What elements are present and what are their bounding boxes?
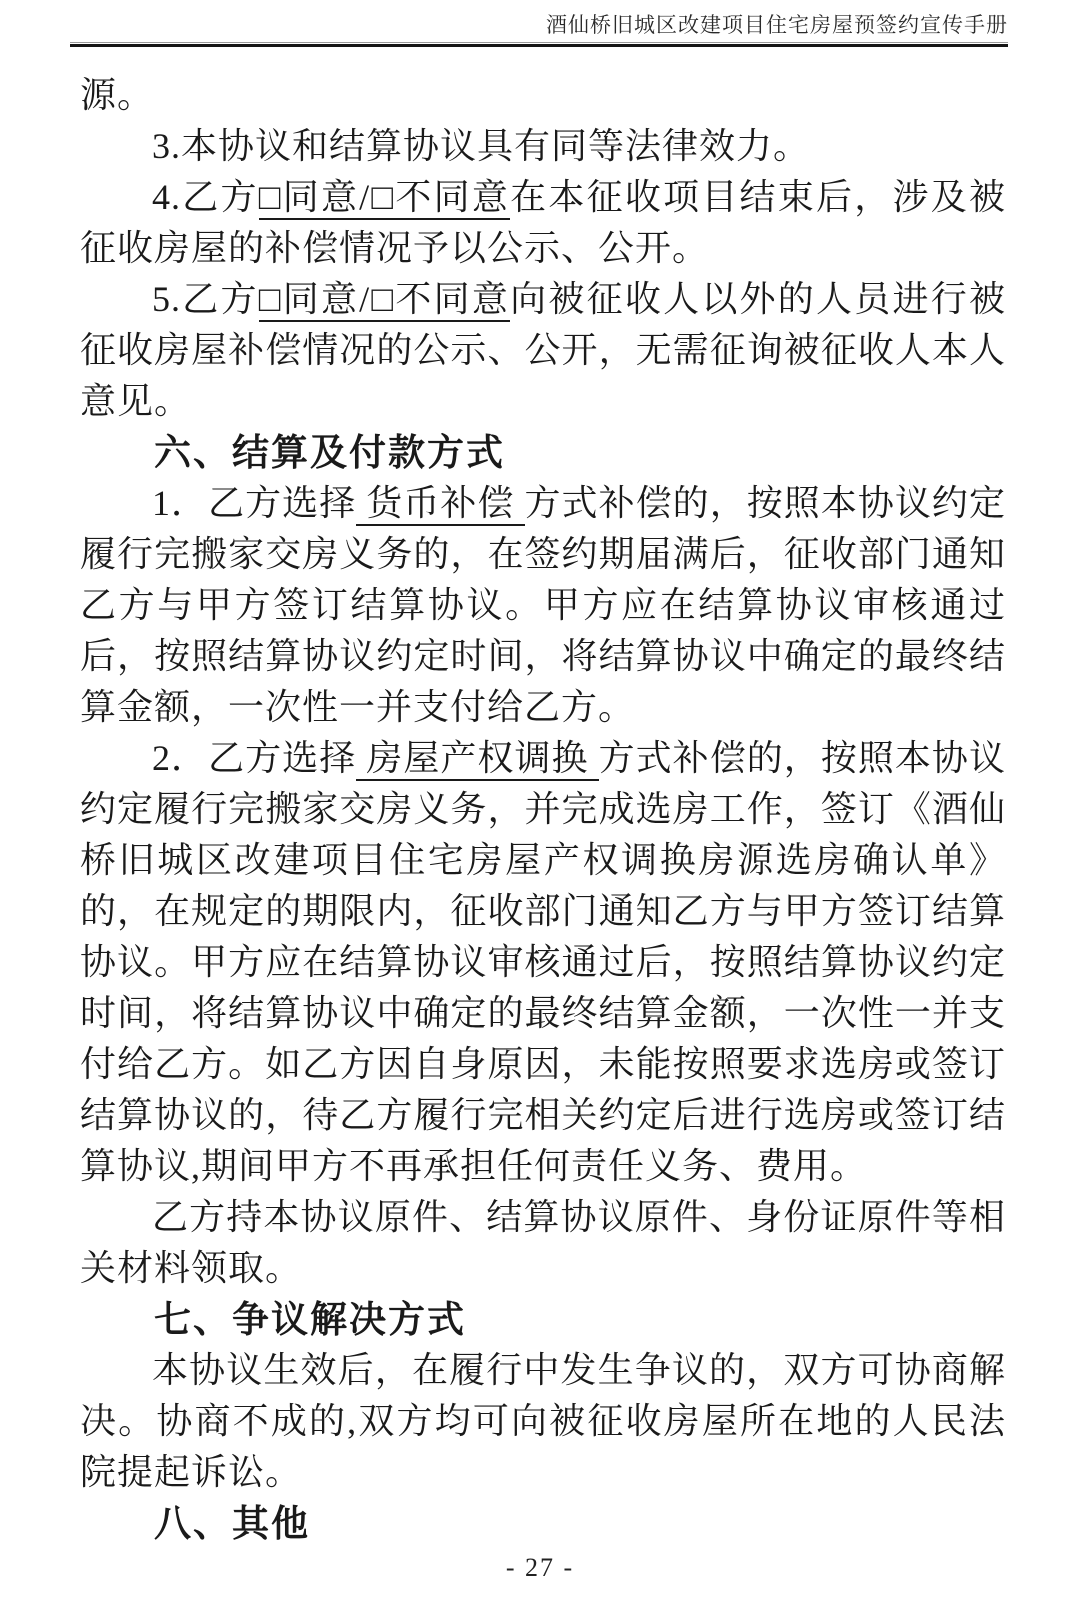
- paragraph: 3.本协议和结算协议具有同等法律效力。: [80, 121, 1006, 172]
- page-header: 酒仙桥旧城区改建项目住宅房屋预签约宣传手册: [70, 12, 1008, 47]
- paragraph: 4.乙方□同意/□不同意在本征收项目结束后，涉及被征收房屋的补偿情况予以公示、公…: [80, 172, 1006, 274]
- text-segment: 本协议生效后，在履行中发生争议的，双方可协商解决。协商不成的,双方均可向被征收房…: [80, 1350, 1006, 1492]
- header-rule: [70, 42, 1008, 47]
- text-segment: 方式补偿的，按照本协议约定履行完搬家交房义务，并完成选房工作，签订《酒仙桥旧城区…: [80, 738, 1006, 1186]
- text-segment: 3.本协议和结算协议具有同等法律效力。: [152, 126, 810, 166]
- paragraph: 1．乙方选择 货币补偿 方式补偿的，按照本协议约定履行完搬家交房义务的，在签约期…: [80, 478, 1006, 733]
- text-segment: 七、争议解决方式: [154, 1299, 466, 1340]
- page-footer: - 27 -: [0, 1553, 1080, 1583]
- text-segment: 源。: [80, 75, 154, 115]
- section-heading: 七、争议解决方式: [80, 1294, 1006, 1345]
- paragraph: 本协议生效后，在履行中发生争议的，双方可协商解决。协商不成的,双方均可向被征收房…: [80, 1345, 1006, 1498]
- text-segment: 八、其他: [154, 1503, 310, 1544]
- underlined-blank: □同意/□不同意: [259, 177, 510, 220]
- page-number: - 27 -: [506, 1553, 574, 1582]
- text-segment: 5.乙方: [152, 279, 259, 319]
- text-segment: 乙方持本协议原件、结算协议原件、身份证原件等相关材料领取。: [80, 1197, 1006, 1288]
- text-segment: 1．乙方选择: [152, 483, 356, 523]
- document-page: 酒仙桥旧城区改建项目住宅房屋预签约宣传手册 源。3.本协议和结算协议具有同等法律…: [0, 0, 1080, 1605]
- paragraph: 源。: [80, 70, 1006, 121]
- underlined-blank: 货币补偿: [356, 483, 524, 526]
- section-heading: 八、其他: [80, 1498, 1006, 1549]
- section-heading: 六、结算及付款方式: [80, 427, 1006, 478]
- running-header-title: 酒仙桥旧城区改建项目住宅房屋预签约宣传手册: [70, 12, 1008, 38]
- text-segment: 4.乙方: [152, 177, 259, 217]
- text-segment: 2．乙方选择: [152, 738, 356, 778]
- document-body: 源。3.本协议和结算协议具有同等法律效力。4.乙方□同意/□不同意在本征收项目结…: [80, 70, 1006, 1549]
- paragraph: 2．乙方选择 房屋产权调换 方式补偿的，按照本协议约定履行完搬家交房义务，并完成…: [80, 733, 1006, 1192]
- paragraph: 乙方持本协议原件、结算协议原件、身份证原件等相关材料领取。: [80, 1192, 1006, 1294]
- text-segment: 六、结算及付款方式: [154, 432, 505, 473]
- paragraph: 5.乙方□同意/□不同意向被征收人以外的人员进行被征收房屋补偿情况的公示、公开，…: [80, 274, 1006, 427]
- underlined-blank: 房屋产权调换: [356, 738, 598, 781]
- underlined-blank: □同意/□不同意: [259, 279, 510, 322]
